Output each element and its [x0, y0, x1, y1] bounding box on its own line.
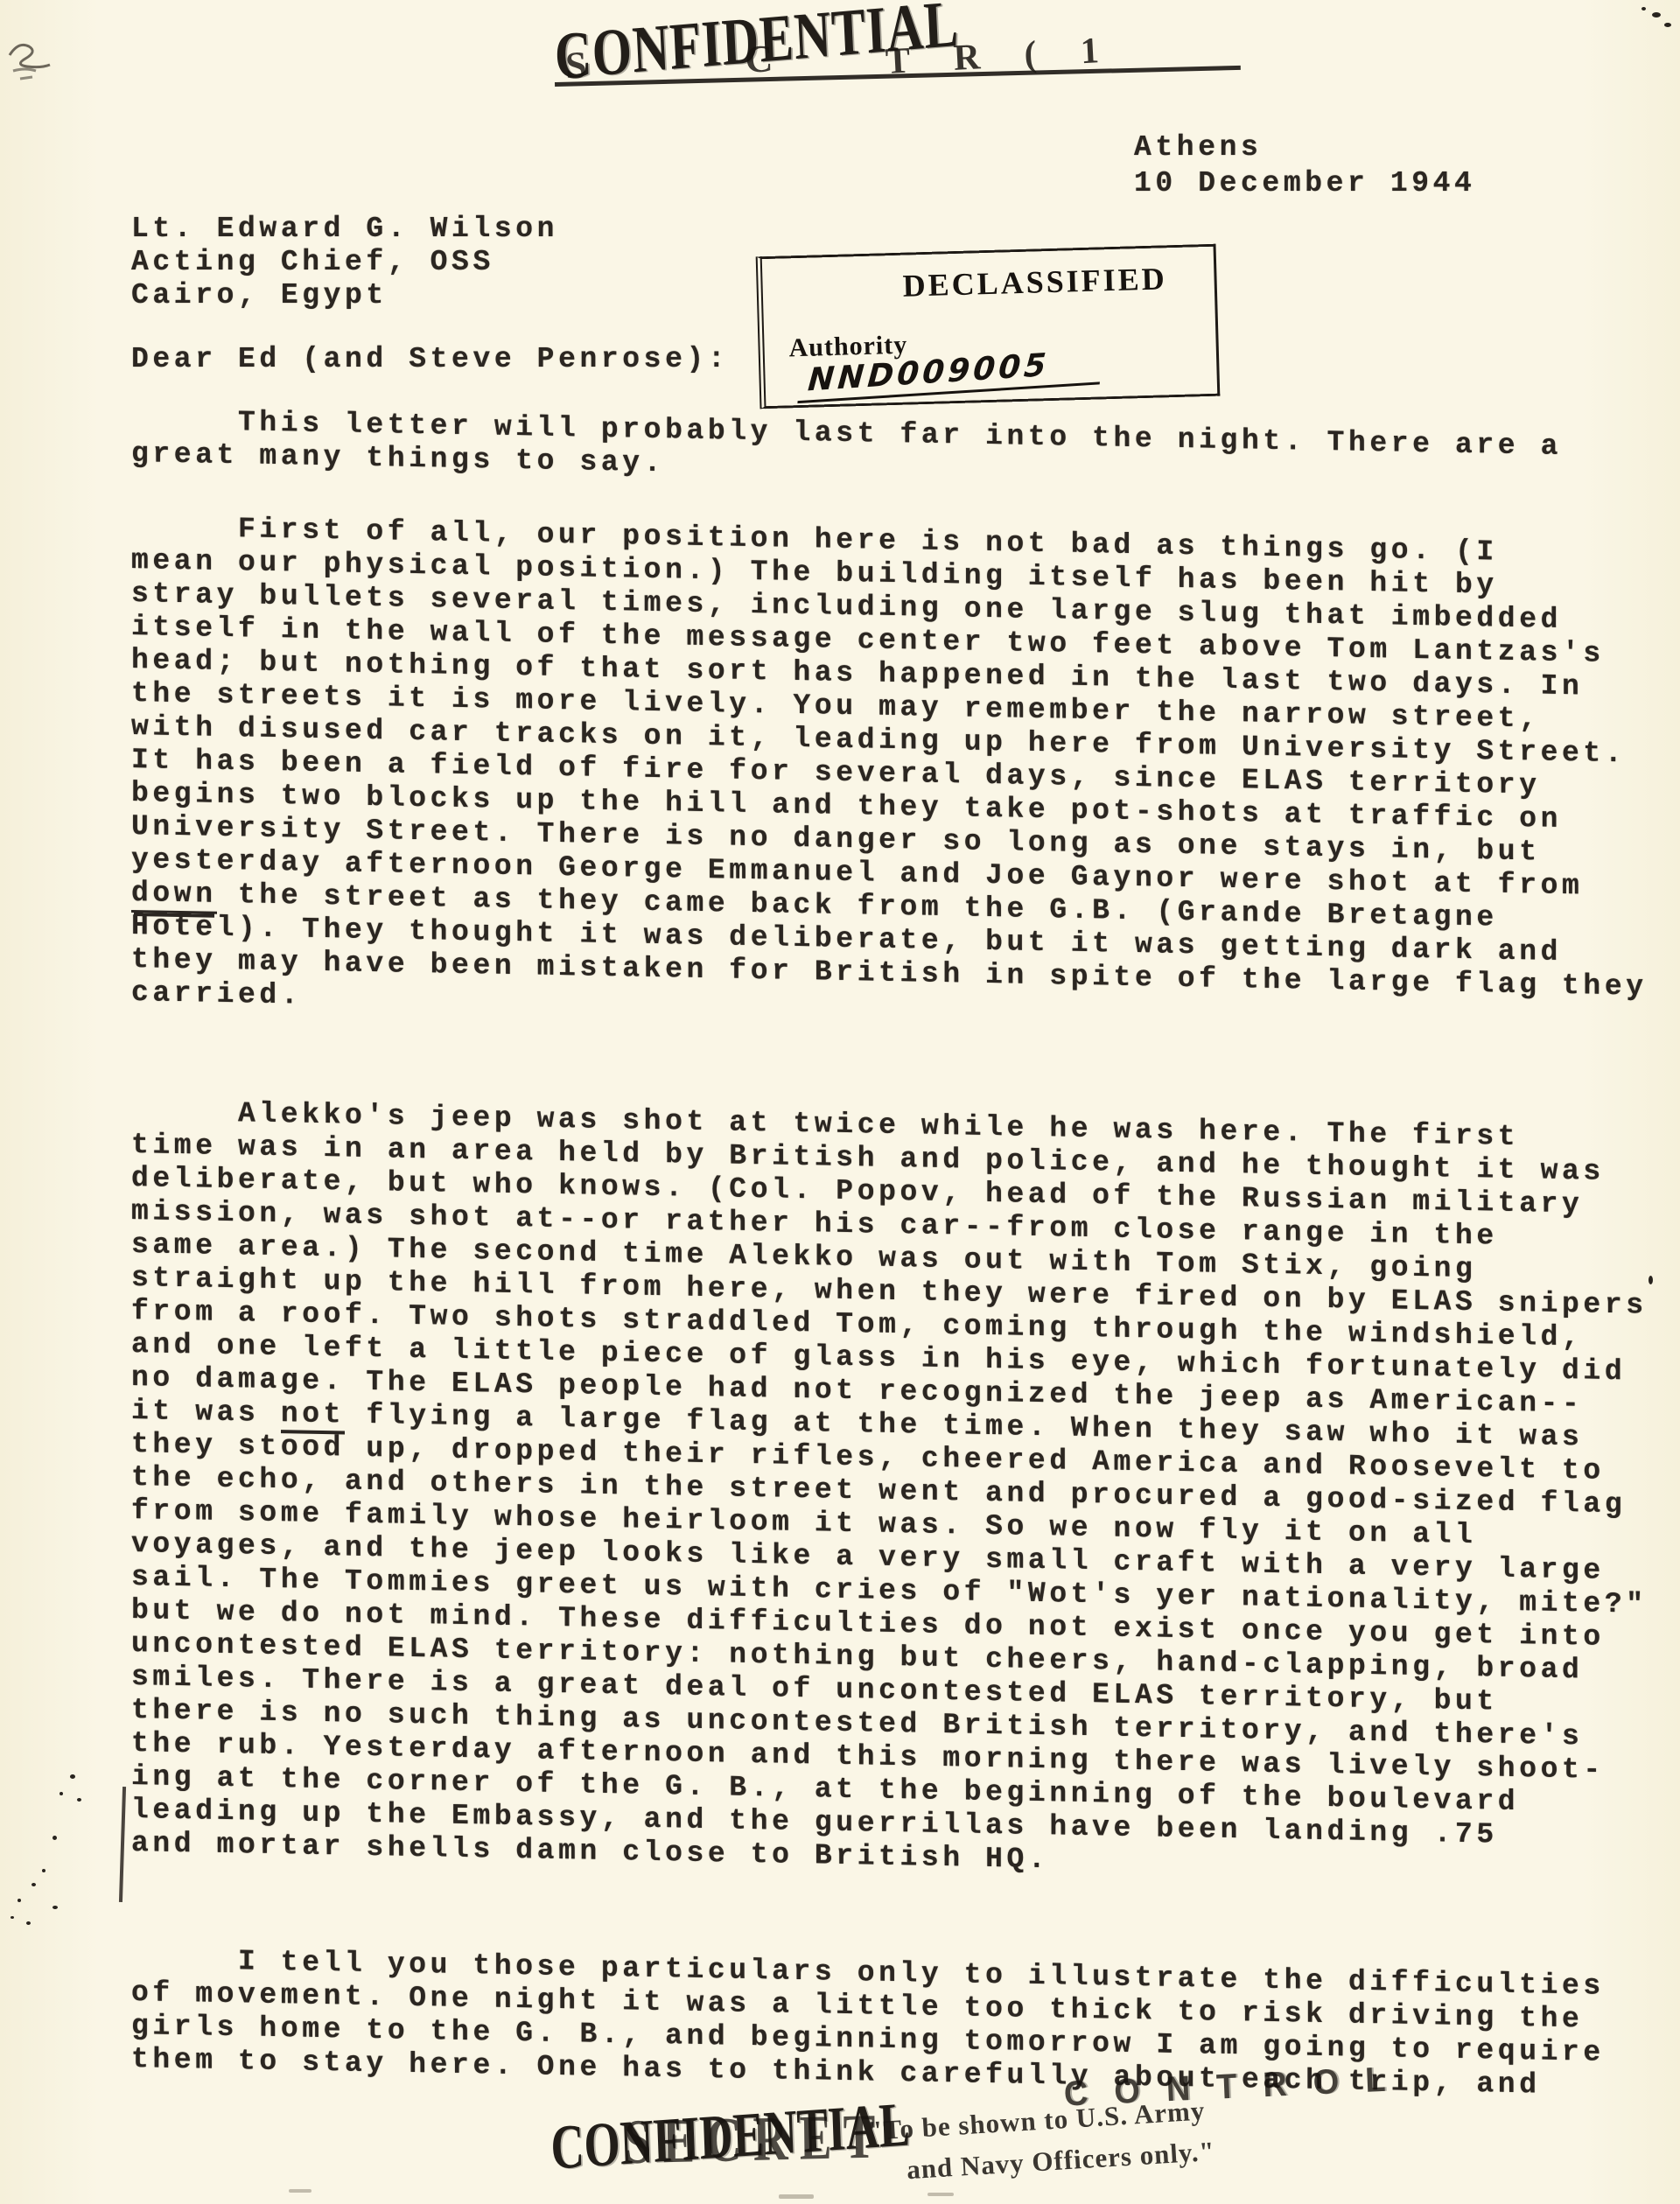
- recipient-line-2: Acting Chief, OSS: [131, 246, 494, 279]
- ink-speck: [77, 1798, 81, 1802]
- paragraph-1: This letter will probably last far into …: [131, 404, 1680, 500]
- ink-speck: [31, 1883, 36, 1886]
- paragraph-3: Alekko's jeep was shot at twice while he…: [131, 1095, 1680, 1889]
- declassified-stamp: DECLASSIFIED AuthorityNND009005: [756, 244, 1221, 409]
- letter-date: 10 December 1944: [1134, 167, 1475, 200]
- scan-smudge: [779, 2194, 814, 2199]
- ink-speck: [1648, 1276, 1653, 1284]
- ink-speck: [59, 1792, 63, 1795]
- ink-speck: [26, 1921, 31, 1925]
- margin-pen-line: [119, 1787, 126, 1902]
- declassified-title: DECLASSIFIED: [902, 259, 1214, 304]
- ink-speck: [1664, 23, 1671, 27]
- scan-smudge: [927, 2193, 954, 2196]
- letter-page: S C CONFIDENTIAL T R ( 1 Athens 10 Decem…: [0, 0, 1680, 2204]
- ink-speck: [70, 1774, 75, 1779]
- letter-place: Athens: [1134, 131, 1262, 164]
- recipient-line-1: Lt. Edward G. Wilson: [131, 213, 558, 246]
- salutation: Dear Ed (and Steve Penrose):: [131, 343, 729, 376]
- letter-paragraphs: This letter will probably last far into …: [131, 404, 1680, 2105]
- ink-speck: [42, 1869, 45, 1872]
- ink-speck: [1641, 7, 1646, 10]
- ink-speck: [52, 1906, 58, 1909]
- paragraph-2: First of all, our position here is not b…: [131, 511, 1680, 1039]
- paragraph-4: I tell you those particulars only to ill…: [131, 1943, 1680, 2105]
- declassified-authority-line: AuthorityNND009005: [788, 322, 1217, 404]
- scan-smudge: [289, 2189, 311, 2193]
- ink-speck: [10, 1916, 14, 1919]
- recipient-line-3: Cairo, Egypt: [131, 279, 388, 312]
- ink-speck: [52, 1836, 57, 1840]
- ink-speck: [1652, 12, 1661, 17]
- pen-scribble: [4, 31, 101, 101]
- ink-speck: [17, 1899, 21, 1902]
